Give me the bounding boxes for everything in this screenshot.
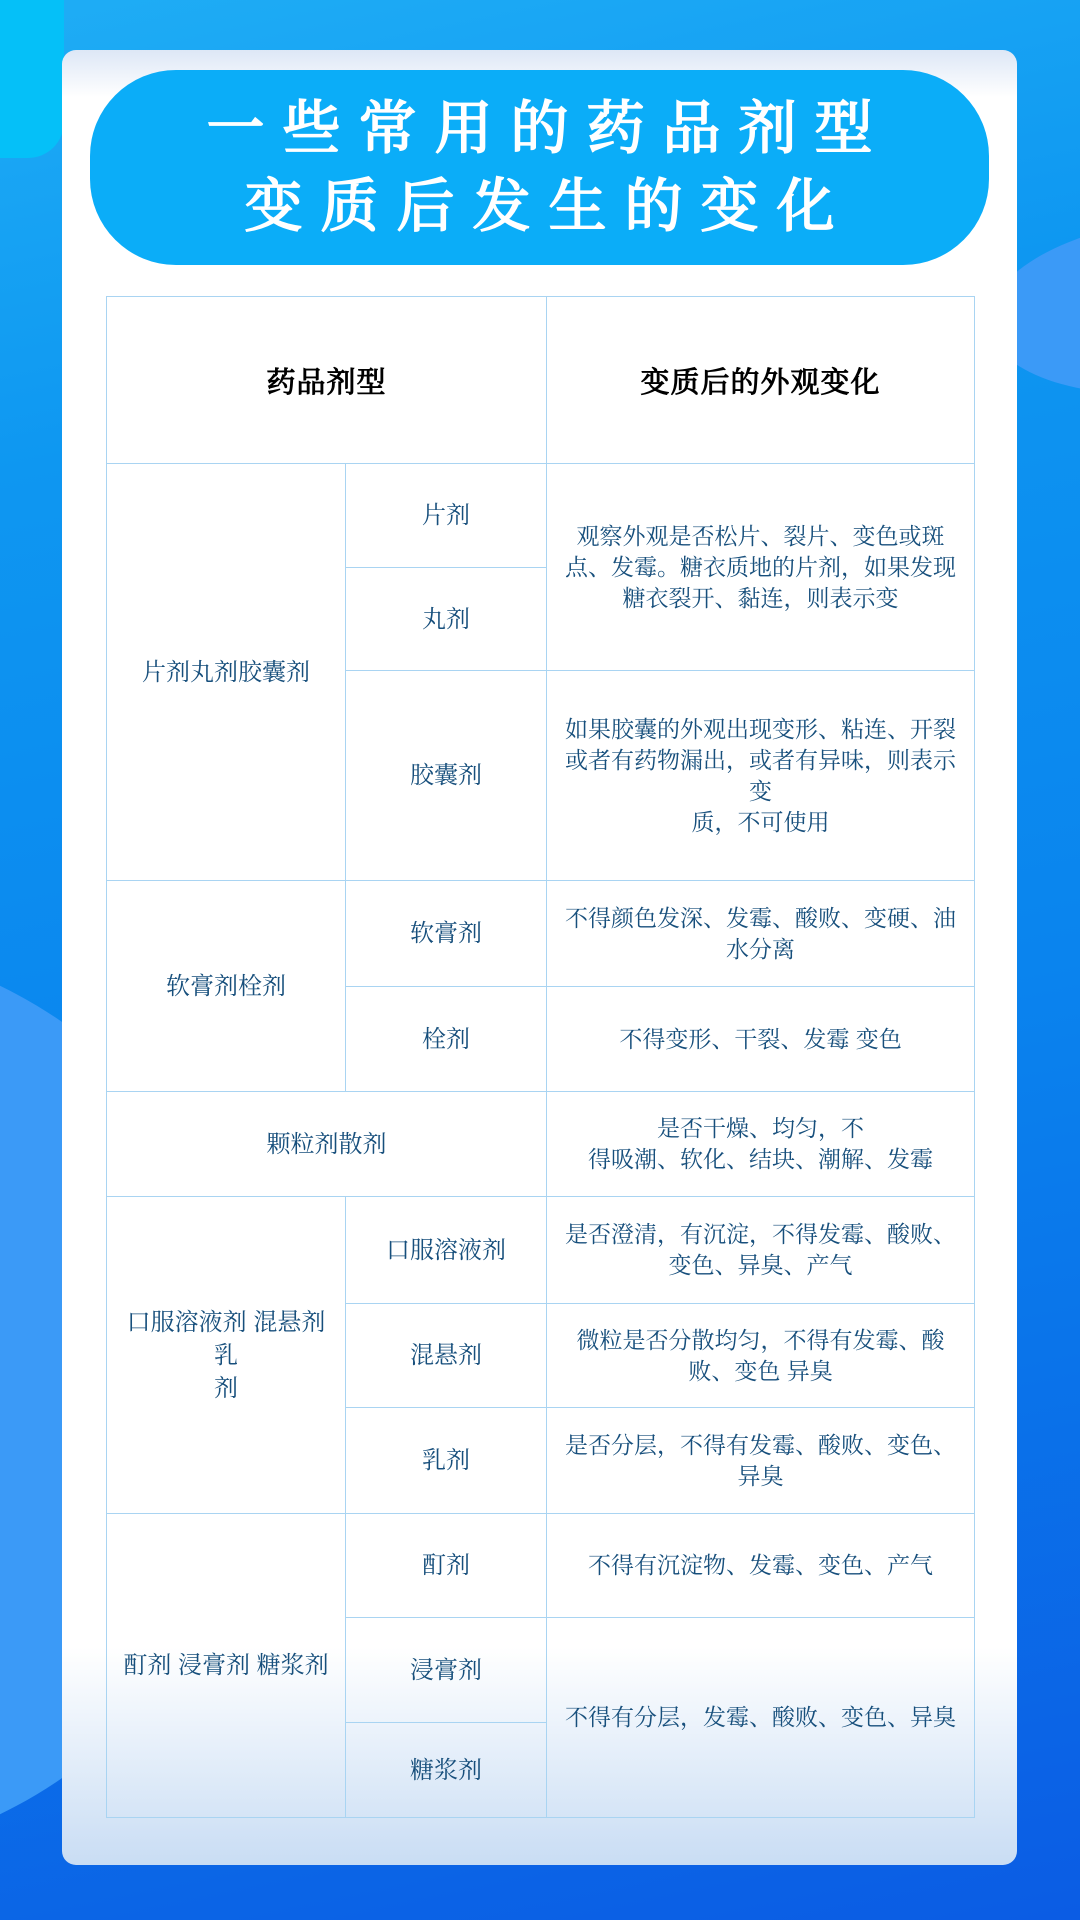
form-cell-capsule: 胶囊剂 [346, 671, 547, 881]
desc-cell-granule-powder: 是否干燥、均匀，不 得吸潮、软化、结块、潮解、发霉 [547, 1092, 975, 1197]
form-cell-suppository: 栓剂 [346, 987, 547, 1092]
form-cell-extract: 浸膏剂 [346, 1618, 547, 1723]
group-cell-tincture-extract-syrup: 酊剂 浸膏剂 糖浆剂 [107, 1514, 346, 1818]
form-cell-emulsion: 乳剂 [346, 1408, 547, 1514]
desc-cell-extract-syrup: 不得有分层，发霉、酸败、变色、异臭 [547, 1618, 975, 1818]
desc-cell-capsule: 如果胶囊的外观出现变形、粘连、开裂 或者有药物漏出，或者有异味，则表示 变 质，… [547, 671, 975, 881]
form-cell-tablet: 片剂 [346, 464, 547, 568]
content-card: 一些常用的药品剂型 变质后发生的变化 药品剂型 变质后的外观变化 片剂丸剂胶囊剂… [62, 50, 1017, 1865]
desc-cell-ointment: 不得颜色发深、发霉、酸败、变硬、油 水分离 [547, 881, 975, 987]
desc-cell-emulsion: 是否分层，不得有发霉、酸败、变色、 异臭 [547, 1408, 975, 1514]
group-cell-oral-suspension-emulsion: 口服溶液剂 混悬剂 乳 剂 [107, 1197, 346, 1514]
form-cell-syrup: 糖浆剂 [346, 1723, 547, 1818]
header-dosage-form: 药品剂型 [107, 297, 547, 464]
desc-cell-suppository: 不得变形、干裂、发霉 变色 [547, 987, 975, 1092]
poster-page: { "poster": { "title_line1": "一些常用的药品剂型"… [0, 0, 1080, 1920]
corner-accent-shape [0, 0, 64, 158]
desc-cell-oral-solution: 是否澄清，有沉淀，不得发霉、酸败、 变色、异臭、产气 [547, 1197, 975, 1304]
group-cell-granule-powder: 颗粒剂散剂 [107, 1092, 547, 1197]
poster-title-line2: 变质后发生的变化 [226, 168, 852, 246]
form-cell-pill: 丸剂 [346, 568, 547, 671]
form-cell-ointment: 软膏剂 [346, 881, 547, 987]
title-banner: 一些常用的药品剂型 变质后发生的变化 [90, 70, 989, 265]
poster-title-line1: 一些常用的药品剂型 [188, 90, 890, 168]
desc-cell-tablet-pill: 观察外观是否松片、裂片、变色或斑 点、发霉。糖衣质地的片剂，如果发现 糖衣裂开、… [547, 464, 975, 671]
header-appearance-change: 变质后的外观变化 [547, 297, 975, 464]
form-cell-oral-solution: 口服溶液剂 [346, 1197, 547, 1304]
group-cell-tablet-pill-capsule: 片剂丸剂胶囊剂 [107, 464, 346, 881]
desc-cell-suspension: 微粒是否分散均匀，不得有发霉、酸 败、变色 异臭 [547, 1304, 975, 1408]
desc-cell-tincture: 不得有沉淀物、发霉、变色、产气 [547, 1514, 975, 1618]
form-cell-tincture: 酊剂 [346, 1514, 547, 1618]
group-cell-ointment-suppository: 软膏剂栓剂 [107, 881, 346, 1092]
form-cell-suspension: 混悬剂 [346, 1304, 547, 1408]
dosage-change-table: 药品剂型 变质后的外观变化 片剂丸剂胶囊剂 片剂 观察外观是否松片、裂片、变色或… [106, 296, 975, 1818]
